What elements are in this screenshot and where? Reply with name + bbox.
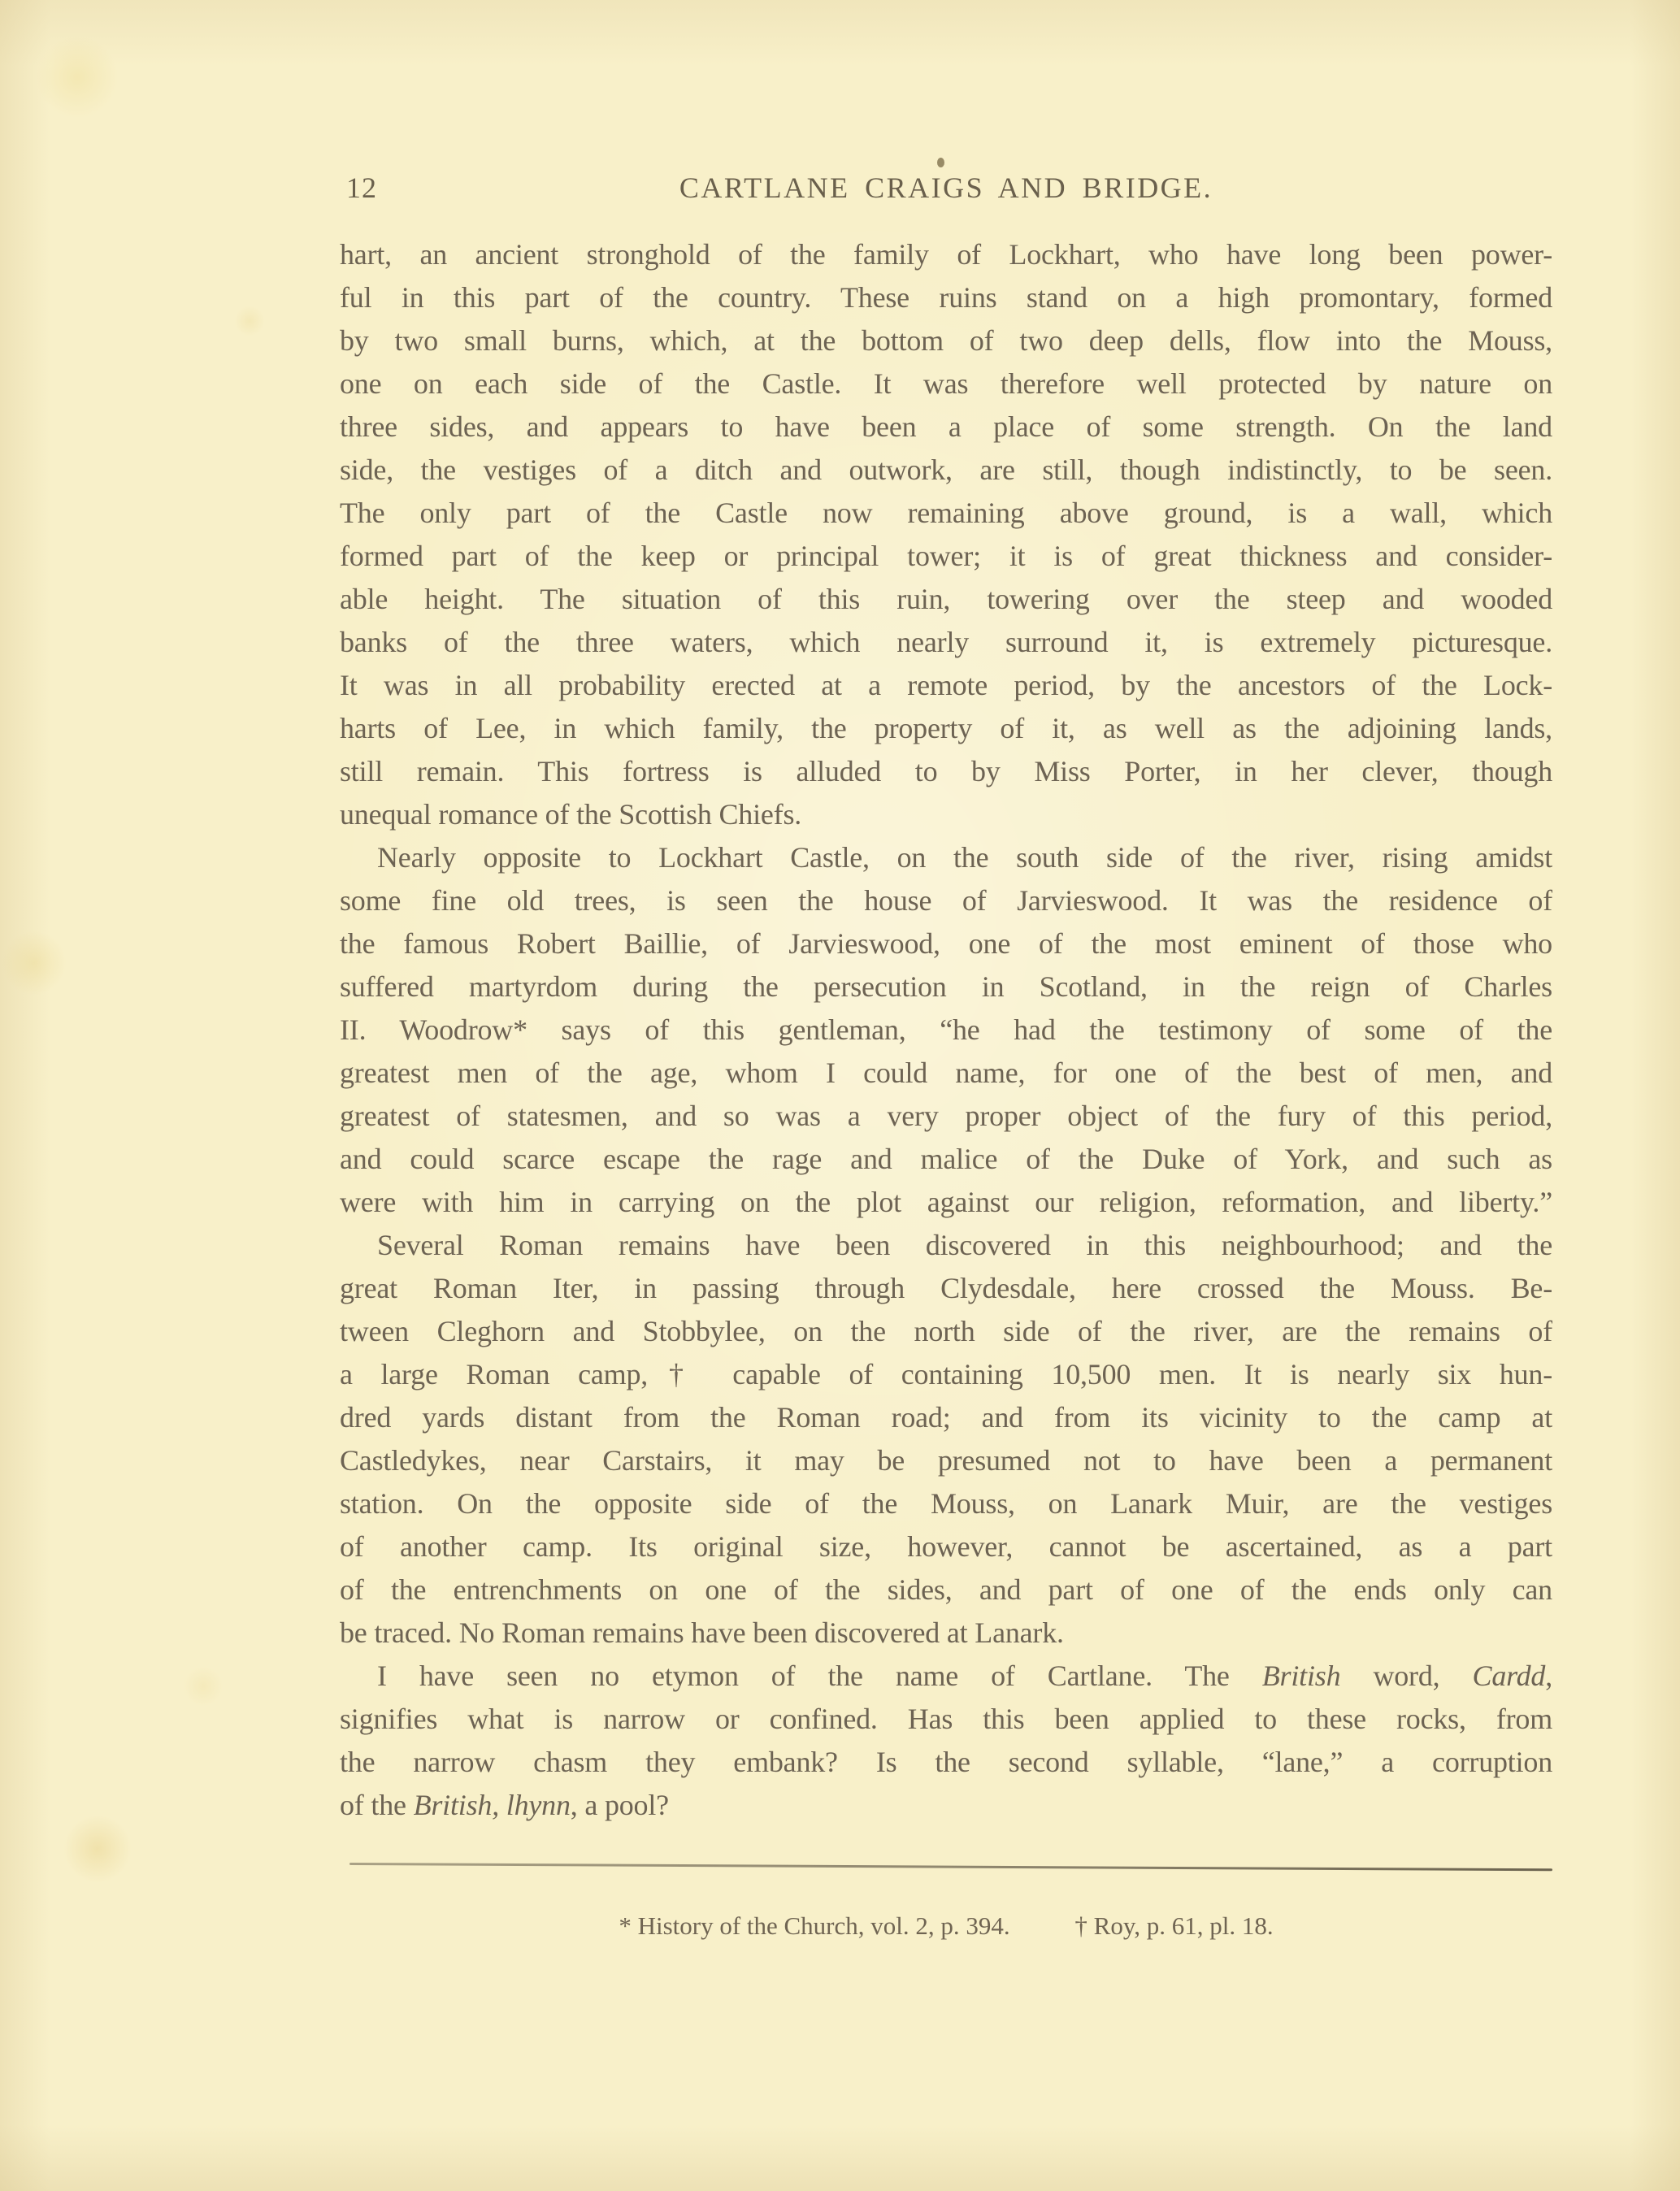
text-line: of the British, lhynn, a pool?	[340, 1784, 1552, 1827]
text-line: a large Roman camp,† capable of containi…	[340, 1353, 1552, 1396]
footnote-divider	[349, 1863, 1552, 1871]
italic-text: British	[1262, 1660, 1341, 1692]
italic-text: Cardd	[1473, 1660, 1546, 1692]
text-line: able height. The situation of this ruin,…	[340, 578, 1552, 621]
page-number: 12	[346, 171, 377, 205]
text-line: It was in all probability erected at a r…	[340, 664, 1552, 707]
text-line: II. Woodrow* says of this gentleman, “he…	[340, 1009, 1552, 1052]
text-line: one on each side of the Castle. It was t…	[340, 362, 1552, 406]
text-line: signifies what is narrow or confined. Ha…	[340, 1698, 1552, 1741]
text-line: dred yards distant from the Roman road; …	[340, 1396, 1552, 1439]
text-line: hart, an ancient stronghold of the famil…	[340, 233, 1552, 276]
text-line: banks of the three waters, which nearly …	[340, 621, 1552, 664]
text-line: suffered martyrdom during the persecutio…	[340, 965, 1552, 1009]
text-line: station. On the opposite side of the Mou…	[340, 1482, 1552, 1525]
text-line: the narrow chasm they embank? Is the sec…	[340, 1741, 1552, 1784]
footnote-history-of-church: * History of the Church, vol. 2, p. 394.	[619, 1911, 1009, 1940]
text-line: be traced. No Roman remains have been di…	[340, 1612, 1552, 1655]
text-line: some fine old trees, is seen the house o…	[340, 879, 1552, 922]
text-line: ful in this part of the country. These r…	[340, 276, 1552, 319]
text-line: greatest men of the age, whom I could na…	[340, 1052, 1552, 1095]
text-line: Castledykes, near Carstairs, it may be p…	[340, 1439, 1552, 1482]
ink-spot	[937, 158, 944, 167]
text-line: by two small burns, which, at the bottom…	[340, 319, 1552, 362]
text-line: harts of Lee, in which family, the prope…	[340, 707, 1552, 750]
text-line: I have seen no etymon of the name of Car…	[340, 1655, 1552, 1698]
text-line: were with him in carrying on the plot ag…	[340, 1181, 1552, 1224]
text-line: unequal romance of the Scottish Chiefs.	[340, 793, 1552, 836]
scanned-book-page: 12 CARTLANE CRAIGS AND BRIDGE. hart, an …	[0, 0, 1680, 2191]
text-line: of another camp. Its original size, howe…	[340, 1525, 1552, 1568]
text-line: of the entrenchments on one of the sides…	[340, 1568, 1552, 1612]
footnotes: * History of the Church, vol. 2, p. 394.…	[340, 1911, 1552, 1941]
text-line: still remain. This fortress is alluded t…	[340, 750, 1552, 793]
text-line: The only part of the Castle now remainin…	[340, 492, 1552, 535]
running-title: CARTLANE CRAIGS AND BRIDGE.	[340, 171, 1552, 205]
text-line: formed part of the keep or principal tow…	[340, 535, 1552, 578]
text-line: tween Cleghorn and Stobbylee, on the nor…	[340, 1310, 1552, 1353]
text-line: and could scarce escape the rage and mal…	[340, 1138, 1552, 1181]
text-line: Nearly opposite to Lockhart Castle, on t…	[340, 836, 1552, 879]
text-line: great Roman Iter, in passing through Cly…	[340, 1267, 1552, 1310]
footnote-roy: † Roy, p. 61, pl. 18.	[1074, 1911, 1273, 1940]
text-line: greatest of statesmen, and so was a very…	[340, 1095, 1552, 1138]
text-line: Several Roman remains have been discover…	[340, 1224, 1552, 1267]
text-line: side, the vestiges of a ditch and outwor…	[340, 449, 1552, 492]
page-header: 12 CARTLANE CRAIGS AND BRIDGE.	[340, 171, 1552, 211]
text-line: the famous Robert Baillie, of Jarvieswoo…	[340, 922, 1552, 965]
text-line: three sides, and appears to have been a …	[340, 406, 1552, 449]
italic-text: British, lhynn	[414, 1789, 571, 1821]
body-text: hart, an ancient stronghold of the famil…	[340, 233, 1552, 1827]
